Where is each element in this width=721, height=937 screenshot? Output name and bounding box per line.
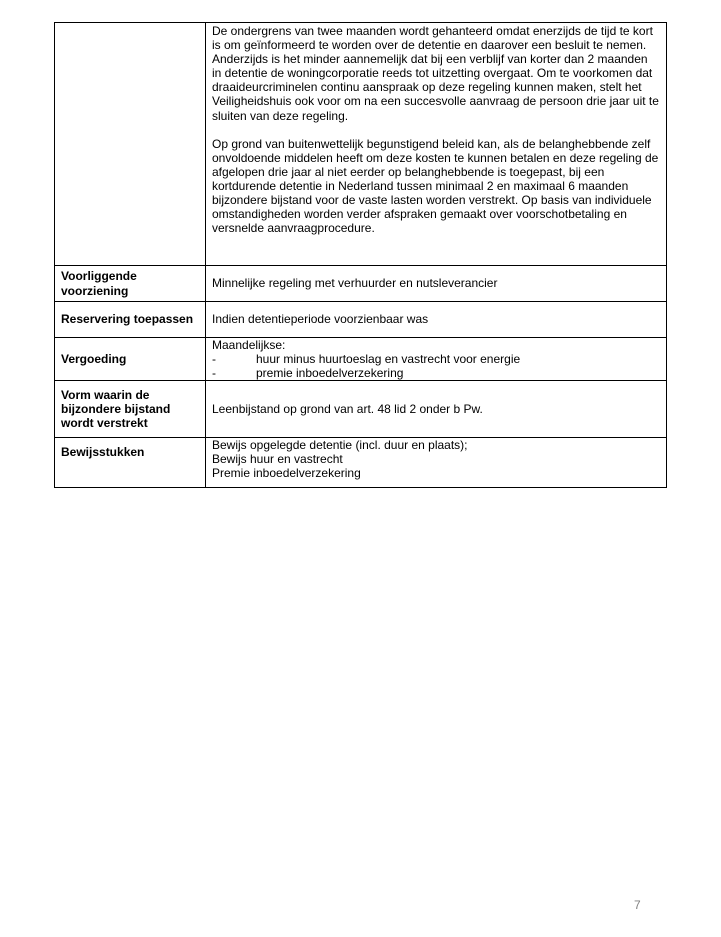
bullet-text: premie inboedelverzekering <box>256 366 403 380</box>
explanation-paragraph-1: De ondergrens van twee maanden wordt geh… <box>212 24 660 123</box>
explanation-paragraph-2: Op grond van buitenwettelijk begunstigen… <box>212 137 660 236</box>
evidence-line: Premie inboedelverzekering <box>212 466 660 480</box>
evidence-line: Bewijs huur en vastrecht <box>212 452 660 466</box>
row-value: Maandelijkse: - huur minus huurtoeslag e… <box>206 338 667 381</box>
bullet-item: - premie inboedelverzekering <box>212 366 660 380</box>
bullet-text: huur minus huurtoeslag en vastrecht voor… <box>256 352 520 366</box>
row-value: Minnelijke regeling met verhuurder en nu… <box>206 266 667 302</box>
table-row-vorm: Vorm waarin de bijzondere bijstand wordt… <box>55 381 667 438</box>
table-row-reservering: Reservering toepassen Indien detentieper… <box>55 302 667 338</box>
row-value: Leenbijstand op grond van art. 48 lid 2 … <box>206 381 667 438</box>
regulation-table: De ondergrens van twee maanden wordt geh… <box>54 22 667 488</box>
row-label: Reservering toepassen <box>55 302 206 338</box>
row-value: Bewijs opgelegde detentie (incl. duur en… <box>206 438 667 488</box>
row-label: Vergoeding <box>55 338 206 381</box>
vergoeding-intro: Maandelijkse: <box>212 338 660 352</box>
table-row-vergoeding: Vergoeding Maandelijkse: - huur minus hu… <box>55 338 667 381</box>
bullet-dash: - <box>212 366 256 380</box>
row-value: Indien detentieperiode voorzienbaar was <box>206 302 667 338</box>
page-number: 7 <box>634 898 641 912</box>
bullet-dash: - <box>212 352 256 366</box>
row-label <box>55 23 206 266</box>
table-row-bewijsstukken: Bewijsstukken Bewijs opgelegde detentie … <box>55 438 667 488</box>
table-row-voorliggende-voorziening: Voorliggende voorziening Minnelijke rege… <box>55 266 667 302</box>
evidence-line: Bewijs opgelegde detentie (incl. duur en… <box>212 438 660 452</box>
row-label: Voorliggende voorziening <box>55 266 206 302</box>
bullet-item: - huur minus huurtoeslag en vastrecht vo… <box>212 352 660 366</box>
explanation-cell: De ondergrens van twee maanden wordt geh… <box>206 23 667 266</box>
row-label: Bewijsstukken <box>55 438 206 488</box>
row-label: Vorm waarin de bijzondere bijstand wordt… <box>55 381 206 438</box>
table-row-explanation: De ondergrens van twee maanden wordt geh… <box>55 23 667 266</box>
